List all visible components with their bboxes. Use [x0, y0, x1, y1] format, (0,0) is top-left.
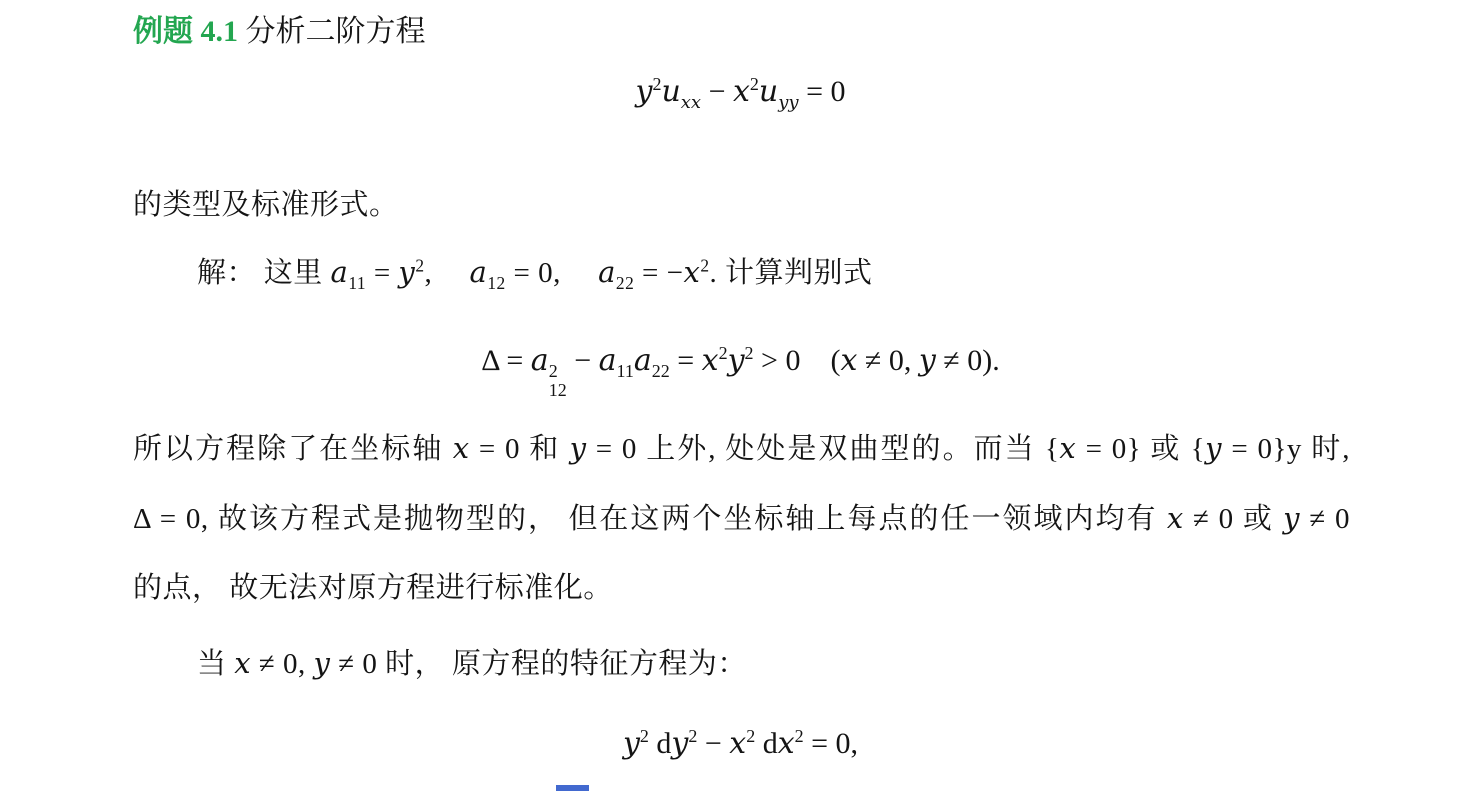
line-solution-coefficients: 解： 这里 a11 = y2, a12 = 0, a22 = −x2. 计算判别… [197, 250, 873, 291]
equation-main-pde: y2uxx − x2uyy = 0 [0, 74, 1481, 109]
document-page: 例题 4.1 分析二阶方程 y2uxx − x2uyy = 0 的类型及标准形式… [0, 0, 1481, 791]
line-type-statement: 的类型及标准形式。 [133, 182, 399, 223]
bottom-partial-blue-bar [556, 785, 589, 791]
example-heading: 例题 4.1 分析二阶方程 [133, 6, 426, 50]
equation-discriminant: Δ = a212 − a11a22 = x2y2 > 0 (x ≠ 0, y ≠… [0, 335, 1481, 400]
equation-characteristic: y2 dy2 − x2 dx2 = 0, [0, 726, 1481, 761]
paragraph-analysis-line3: 的点， 故无法对原方程进行标准化。 [133, 565, 613, 606]
example-heading-text: 分析二阶方程 [238, 15, 426, 48]
example-label: 例题 4.1 [133, 15, 238, 48]
paragraph-analysis-line2: Δ = 0, 故该方程式是抛物型的， 但在这两个坐标轴上每点的任一领域内均有 x… [133, 496, 1350, 537]
paragraph-analysis-line1: 所以方程除了在坐标轴 x = 0 和 y = 0 上外, 处处是双曲型的。而当 … [133, 426, 1350, 467]
line-characteristic-intro: 当 x ≠ 0, y ≠ 0 时， 原方程的特征方程为： [197, 641, 747, 682]
